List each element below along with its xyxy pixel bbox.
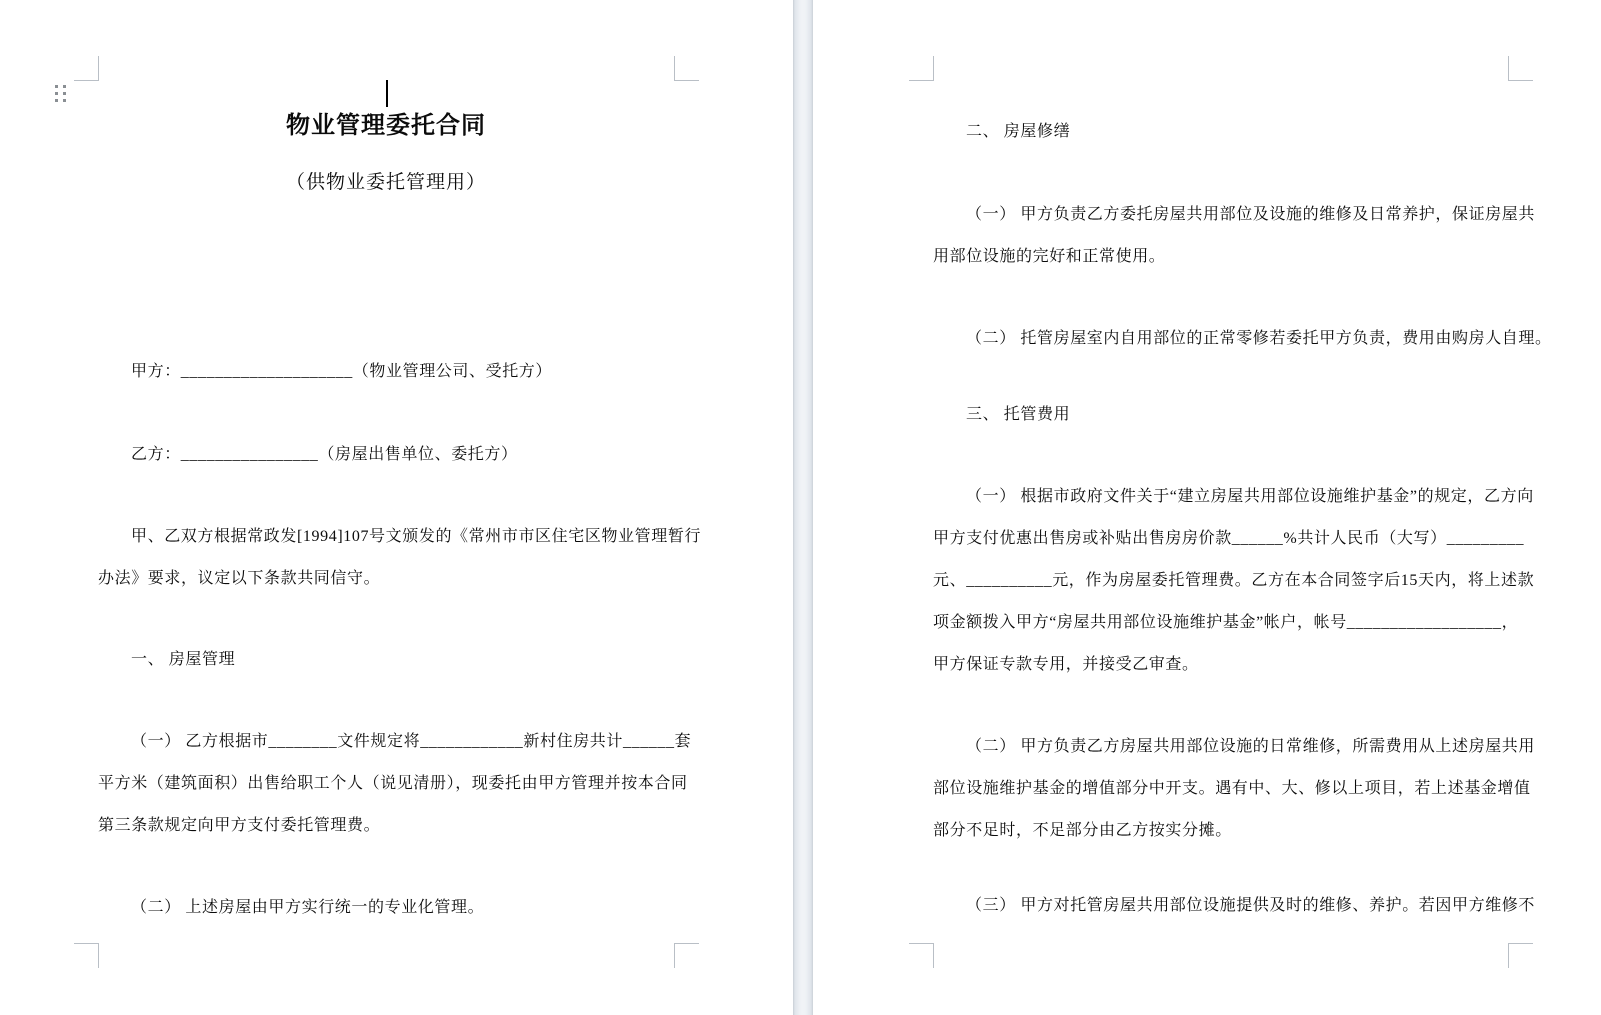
document-subtitle[interactable]: （供物业委托管理用）: [98, 170, 674, 196]
section-3-heading[interactable]: 三、 托管费用: [966, 403, 1070, 427]
section-2-heading[interactable]: 二、 房屋修缮: [966, 120, 1070, 144]
clause-3-1-line-5[interactable]: 甲方保证专款专用，并接受乙审查。: [933, 653, 1199, 677]
crop-mark-bottom-left: [74, 943, 99, 968]
clause-3-1-line-3[interactable]: 元、__________元，作为房屋委托管理费。乙方在本合同签字后15天内，将上…: [933, 569, 1534, 593]
document-canvas: 物业管理委托合同 （供物业委托管理用） 甲方：_________________…: [0, 0, 1601, 1015]
drag-handle-icon[interactable]: [55, 85, 66, 103]
clause-3-2-line-3[interactable]: 部分不足时，不足部分由乙方按实分摊。: [933, 819, 1232, 843]
clause-1-2-line[interactable]: （二） 上述房屋由甲方实行统一的专业化管理。: [131, 896, 484, 920]
section-1-heading[interactable]: 一、 房屋管理: [131, 648, 235, 672]
document-title[interactable]: 物业管理委托合同: [98, 111, 674, 141]
page-1[interactable]: 物业管理委托合同 （供物业委托管理用） 甲方：_________________…: [0, 0, 793, 1015]
clause-2-2-line[interactable]: （二） 托管房屋室内自用部位的正常零修若委托甲方负责，费用由购房人自理。: [966, 327, 1552, 351]
crop-mark-top-right: [674, 56, 699, 81]
crop-mark-bottom-right: [1508, 943, 1533, 968]
preamble-line-2[interactable]: 办法》要求，议定以下条款共同信守。: [98, 567, 380, 591]
clause-2-1-line-1[interactable]: （一） 甲方负责乙方委托房屋共用部位及设施的维修及日常养护，保证房屋共: [966, 203, 1535, 227]
clause-1-1-line-1[interactable]: （一） 乙方根据市________文件规定将____________新村住房共计…: [131, 730, 691, 754]
clause-3-1-line-2[interactable]: 甲方支付优惠出售房或补贴出售房房价款______%共计人民币（大写）______…: [933, 527, 1524, 551]
page-gap: [793, 0, 813, 1015]
party-a-line[interactable]: 甲方：____________________（物业管理公司、受托方）: [131, 360, 552, 384]
party-b-line[interactable]: 乙方：________________（房屋出售单位、委托方）: [131, 443, 518, 467]
clause-3-3-line-1[interactable]: （三） 甲方对托管房屋共用部位设施提供及时的维修、养护。若因甲方维修不: [966, 894, 1535, 918]
page-2[interactable]: 二、 房屋修缮 （一） 甲方负责乙方委托房屋共用部位及设施的维修及日常养护，保证…: [813, 0, 1601, 1015]
crop-mark-top-right: [1508, 56, 1533, 81]
clause-2-1-line-2[interactable]: 用部位设施的完好和正常使用。: [933, 245, 1165, 269]
crop-mark-top-left: [74, 56, 99, 81]
clause-1-1-line-2[interactable]: 平方米（建筑面积）出售给职工个人（说见清册），现委托由甲方管理并按本合同: [98, 772, 688, 796]
crop-mark-bottom-left: [909, 943, 934, 968]
drag-handle-dots: [55, 85, 58, 88]
clause-3-1-line-4[interactable]: 项金额拨入甲方“房屋共用部位设施维护基金”帐户，帐号______________…: [933, 611, 1518, 635]
clause-3-1-line-1[interactable]: （一） 根据市政府文件关于“建立房屋共用部位设施维护基金”的规定，乙方向: [966, 485, 1534, 509]
clause-1-1-line-3[interactable]: 第三条款规定向甲方支付委托管理费。: [98, 814, 380, 838]
crop-mark-top-left: [909, 56, 934, 81]
text-caret: [386, 80, 388, 107]
crop-mark-bottom-right: [674, 943, 699, 968]
preamble-line-1[interactable]: 甲、乙双方根据常政发[1994]107号文颁发的《常州市市区住宅区物业管理暂行: [131, 525, 701, 549]
clause-3-2-line-1[interactable]: （二） 甲方负责乙方房屋共用部位设施的日常维修，所需费用从上述房屋共用: [966, 735, 1535, 759]
clause-3-2-line-2[interactable]: 部位设施维护基金的增值部分中开支。遇有中、大、修以上项目，若上述基金增值: [933, 777, 1531, 801]
